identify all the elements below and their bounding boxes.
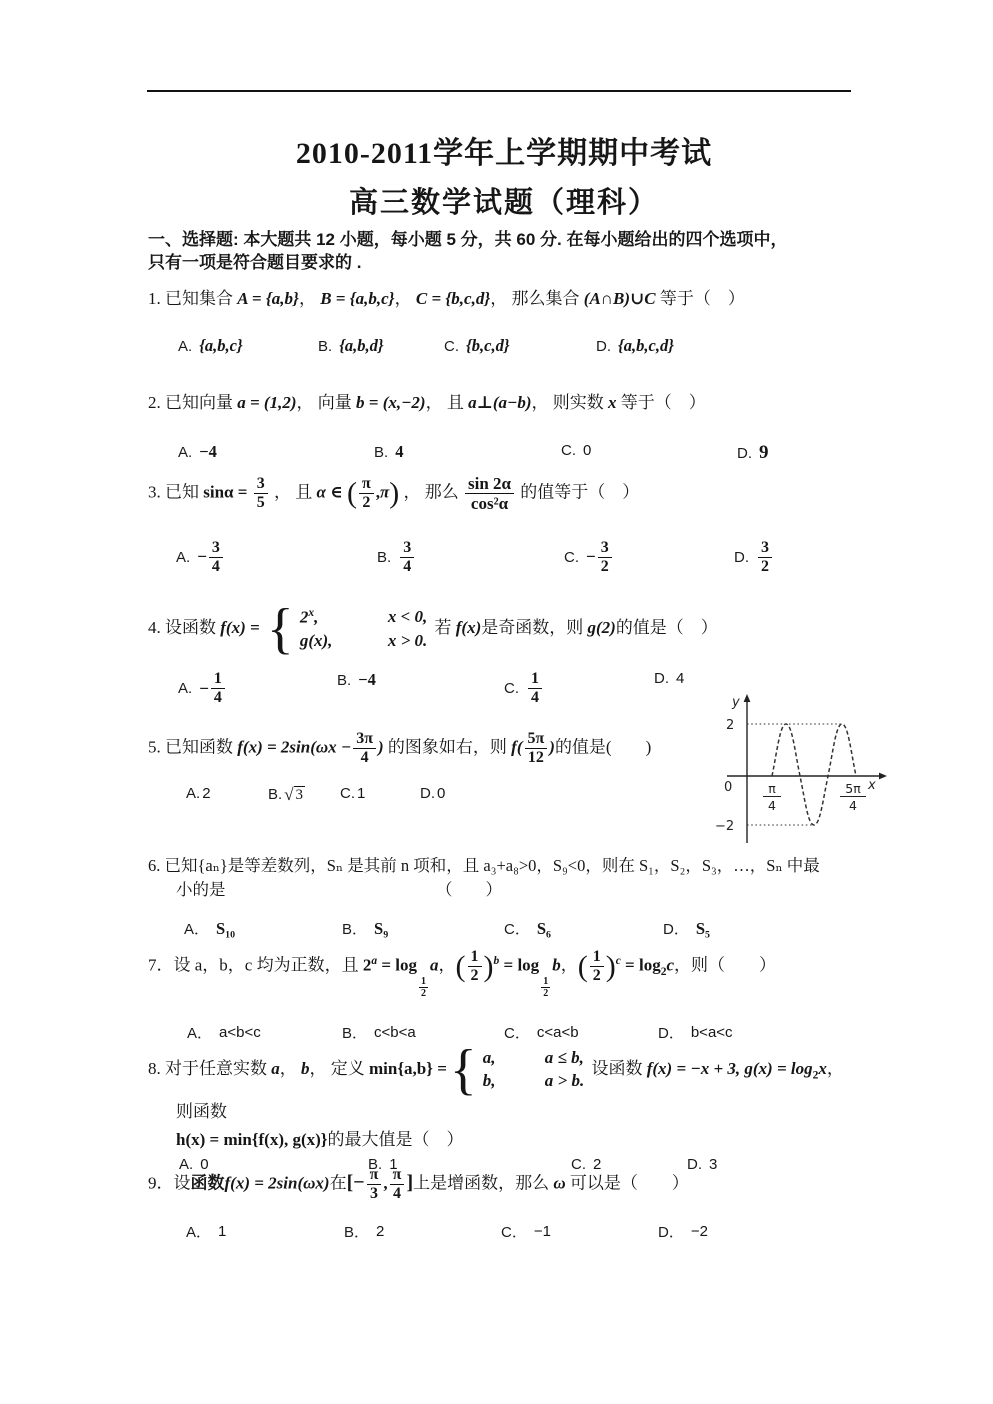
option-d: D．S₅	[663, 918, 710, 939]
radical-sign: √	[284, 785, 293, 805]
question-9-stem: 9．设函数f(x) = 2sin(ωx)在[−π3,π4]上是增函数，那么 ω …	[148, 1166, 860, 1203]
q1-set-c: C = {b,c,d}	[416, 289, 490, 308]
q8-line-2: 则函数	[176, 1100, 860, 1124]
option-d: D.{a,b,c,d}	[596, 336, 674, 356]
option-a: A．1	[186, 1221, 226, 1242]
q9-function: f(x) = 2sin(ωx)	[225, 1173, 330, 1192]
fraction-1-2: 12	[468, 948, 482, 985]
q4-text: 的值是（ ）	[616, 618, 718, 637]
left-paren: (	[578, 950, 588, 983]
x-axis-arrow	[879, 773, 887, 780]
option-c: C.14	[504, 670, 544, 707]
question-2: 2. 已知向量 a = (1,2)， 向量 b = (x,−2)， 且 a⊥(a…	[148, 390, 860, 484]
fraction-pi-4: π4	[390, 1166, 405, 1203]
y-axis-arrow	[744, 694, 751, 702]
svg-text:π: π	[768, 781, 776, 796]
min-definition: min{a,b} =	[369, 1059, 447, 1078]
header-rule	[147, 90, 851, 92]
option-a: A.{a,b,c}	[178, 336, 243, 356]
question-3-options: A.−34 B.34 C.−32 D.32	[148, 539, 860, 587]
q3-text: 的值等于（ ）	[520, 482, 639, 501]
q4-text: 若	[435, 618, 456, 637]
question-1-options: A.{a,b,c} B.{a,b,d} C.{b,c,d} D.{a,b,c,d…	[148, 336, 860, 378]
log-base-2: log	[639, 956, 661, 975]
question-2-stem: 2. 已知向量 a = (1,2)， 向量 b = (x,−2)， 且 a⊥(a…	[148, 390, 860, 416]
option-a: A.−4	[178, 442, 217, 462]
q3-text: ， 且	[274, 482, 317, 501]
svg-text:4: 4	[768, 798, 776, 813]
q4-g2: g(2)	[587, 618, 615, 637]
option-b: B.−4	[337, 670, 376, 690]
svg-text:4: 4	[849, 798, 857, 813]
option-c: C.{b,c,d}	[444, 336, 510, 356]
q8-text: 8. 对于任意实数	[148, 1059, 271, 1078]
right-paren: )	[606, 950, 616, 983]
x-tick-pi-4: π 4	[763, 781, 781, 813]
option-c: C.1	[340, 785, 365, 802]
fraction-1-2: 12	[590, 948, 604, 985]
q2-vector-b: b = (x,−2)	[356, 393, 426, 412]
q3-pi: π	[380, 482, 389, 501]
q3-text: ， 那么	[404, 482, 464, 501]
sine-graph: y x 0 2 −2 π 4 5π 4	[710, 690, 895, 848]
q1-text: 等于（ ）	[656, 289, 745, 308]
x-axis-label: x	[867, 778, 876, 793]
y-tick-neg-2: −2	[715, 819, 734, 834]
fraction-pi-2: π2	[359, 475, 374, 512]
option-a: A．S₁₀	[184, 918, 235, 939]
q6-line-2: 小的是（ ）	[148, 878, 860, 902]
q2-text: ， 向量	[297, 393, 357, 412]
q2-condition: a⊥(a−b)	[468, 393, 531, 412]
q9-text: 上是增函数，那么	[413, 1173, 553, 1192]
option-a: A.−34	[176, 539, 225, 576]
question-3-stem: 3. 已知 sinα = 35 ， 且 α ∈ (π2,π) ， 那么 sin …	[148, 474, 860, 513]
fraction-3pi-4: 3π4	[353, 730, 376, 767]
question-6: 6. 已知{aₙ}是等差数列，Sₙ 是其前 n 项和，且 a₃+a₈>0，S₉<…	[148, 854, 860, 960]
right-paren: )	[484, 950, 494, 983]
log-base-half: log	[517, 956, 539, 975]
q2-variable: x	[608, 393, 617, 412]
option-b: B．2	[344, 1221, 384, 1242]
section-instructions: 一、选择题: 本大题共 12 小题，每小题 5 分，共 60 分. 在每小题给出…	[148, 228, 860, 274]
q5-text: 的值是( )	[555, 737, 651, 756]
option-d: D.9	[737, 442, 769, 464]
option-b: B.√3	[268, 785, 305, 805]
question-7-stem: 7．设 a，b，c 均为正数，且 2a = log12a，(12)b = log…	[148, 948, 860, 1000]
q9-text: 9．设	[148, 1173, 191, 1192]
hx-definition: h(x) = min{f(x), g(x)}	[176, 1130, 328, 1149]
option-b: B.4	[374, 442, 403, 462]
q7-text: 7．设 a，b，c 均为正数，且	[148, 956, 363, 975]
fraction-3-5: 35	[254, 475, 268, 512]
q8-text: 的最大值是（ ）	[328, 1130, 464, 1149]
q4-fx: f(x) =	[220, 618, 259, 637]
question-3: 3. 已知 sinα = 35 ， 且 α ∈ (π2,π) ， 那么 sin …	[148, 474, 860, 587]
option-a: A.2	[186, 785, 211, 802]
q2-text: 2. 已知向量	[148, 393, 237, 412]
q1-set-a: A = {a,b}	[237, 289, 299, 308]
answer-blank: （ ）	[436, 878, 502, 902]
question-1-stem: 1. 已知集合 A = {a,b}， B = {a,b,c}， C = {b,c…	[148, 286, 860, 312]
option-d: D.0	[420, 785, 445, 802]
q4-text: 4. 设函数	[148, 618, 220, 637]
q5-text: 的图象如右，则	[384, 737, 512, 756]
fraction-pi-3: π3	[367, 1166, 382, 1203]
y-tick-2: 2	[726, 718, 734, 733]
question-9: 9．设函数f(x) = 2sin(ωx)在[−π3,π4]上是增函数，那么 ω …	[148, 1166, 860, 1263]
question-6-stem: 6. 已知{aₙ}是等差数列，Sₙ 是其前 n 项和，且 a₃+a₈>0，S₉<…	[148, 854, 860, 902]
q7-text: ，则（ ）	[674, 956, 776, 975]
fraction-sin2a-cos2a: sin 2αcos²α	[465, 474, 514, 513]
sine-curve	[772, 724, 856, 825]
q1-text: ， 那么集合	[490, 289, 584, 308]
left-paren: (	[456, 950, 466, 983]
question-8-stem: 8. 对于任意实数 a， b， 定义 min{a,b} ={a,a ≤ b,b,…	[148, 1040, 860, 1100]
log-base-half: log	[395, 956, 417, 975]
option-d: D.32	[734, 539, 774, 576]
q1-text: 1. 已知集合	[148, 289, 237, 308]
q5-text: 5. 已知函数	[148, 737, 237, 756]
q1-text: ，	[299, 289, 320, 308]
option-c: C．−1	[501, 1221, 551, 1242]
fraction-5pi-12: 5π12	[525, 730, 548, 767]
q9-text: 可以是（ ）	[566, 1173, 689, 1192]
option-a: A.−14	[178, 670, 227, 707]
y-axis-label: y	[731, 695, 740, 710]
q2-vector-a: a = (1,2)	[237, 393, 296, 412]
option-b: B.34	[377, 539, 416, 576]
q3-text: 3. 已知	[148, 482, 203, 501]
option-b: B．S₉	[342, 918, 388, 939]
q1-set-b: B = {a,b,c}	[320, 289, 394, 308]
q5-function: f(x) = 2sin(ωx −	[237, 737, 351, 756]
left-brace: {	[450, 1045, 477, 1095]
origin-label: 0	[724, 780, 732, 795]
q4-fx2: f(x)	[456, 618, 481, 637]
left-bracket: [−	[347, 1171, 365, 1193]
q2-text: ， 且	[426, 393, 469, 412]
option-d: D.4	[654, 670, 684, 687]
x-tick-5pi-4: 5π 4	[840, 781, 866, 813]
option-d: D．−2	[658, 1221, 708, 1242]
right-paren: )	[389, 477, 399, 510]
piecewise-definition: {a,a ≤ b,b,a > b.	[450, 1045, 584, 1095]
exam-page: { "chart_data": { "type": "line", "funct…	[0, 0, 993, 1404]
q4-text: 是奇函数，则	[481, 618, 587, 637]
q9-omega: ω	[553, 1173, 565, 1192]
q8-text: 设函数	[587, 1059, 647, 1078]
option-b: B.{a,b,d}	[318, 336, 384, 356]
instructions-line-1: 一、选择题: 本大题共 12 小题，每小题 5 分，共 60 分. 在每小题给出…	[148, 228, 860, 251]
option-c: C.−32	[564, 539, 614, 576]
q2-text: 等于（ ）	[617, 393, 706, 412]
instructions-line-2: 只有一项是符合题目要求的 .	[148, 251, 860, 274]
question-1: 1. 已知集合 A = {a,b}， B = {a,b,c}， C = {b,c…	[148, 286, 860, 378]
q2-text: ， 则实数	[532, 393, 609, 412]
q8-line-3: h(x) = min{f(x), g(x)}的最大值是（ ）	[176, 1124, 860, 1156]
q3-alpha-in: α ∈	[316, 482, 342, 501]
q1-expression: (A∩B)∪C	[584, 289, 656, 308]
svg-text:5π: 5π	[845, 781, 861, 796]
q6-line-1: 6. 已知{aₙ}是等差数列，Sₙ 是其前 n 项和，且 a₃+a₈>0，S₉<…	[148, 854, 860, 878]
page-subtitle: 高三数学试题（理科）	[148, 180, 860, 221]
question-9-options: A．1 B．2 C．−1 D．−2	[148, 1221, 860, 1263]
piecewise-definition: { 2x, x < 0, g(x), x > 0.	[267, 604, 427, 654]
option-c: C.0	[561, 442, 591, 459]
page-title: 2010-2011学年上学期期中考试	[148, 128, 860, 172]
option-c: C．S₆	[504, 918, 551, 939]
left-brace: {	[267, 604, 294, 654]
q1-text: ，	[395, 289, 416, 308]
question-4-stem: 4. 设函数 f(x) = { 2x, x < 0, g(x), x > 0. …	[148, 604, 860, 654]
q3-sin-value: sinα =	[203, 482, 247, 501]
left-paren: (	[347, 477, 357, 510]
